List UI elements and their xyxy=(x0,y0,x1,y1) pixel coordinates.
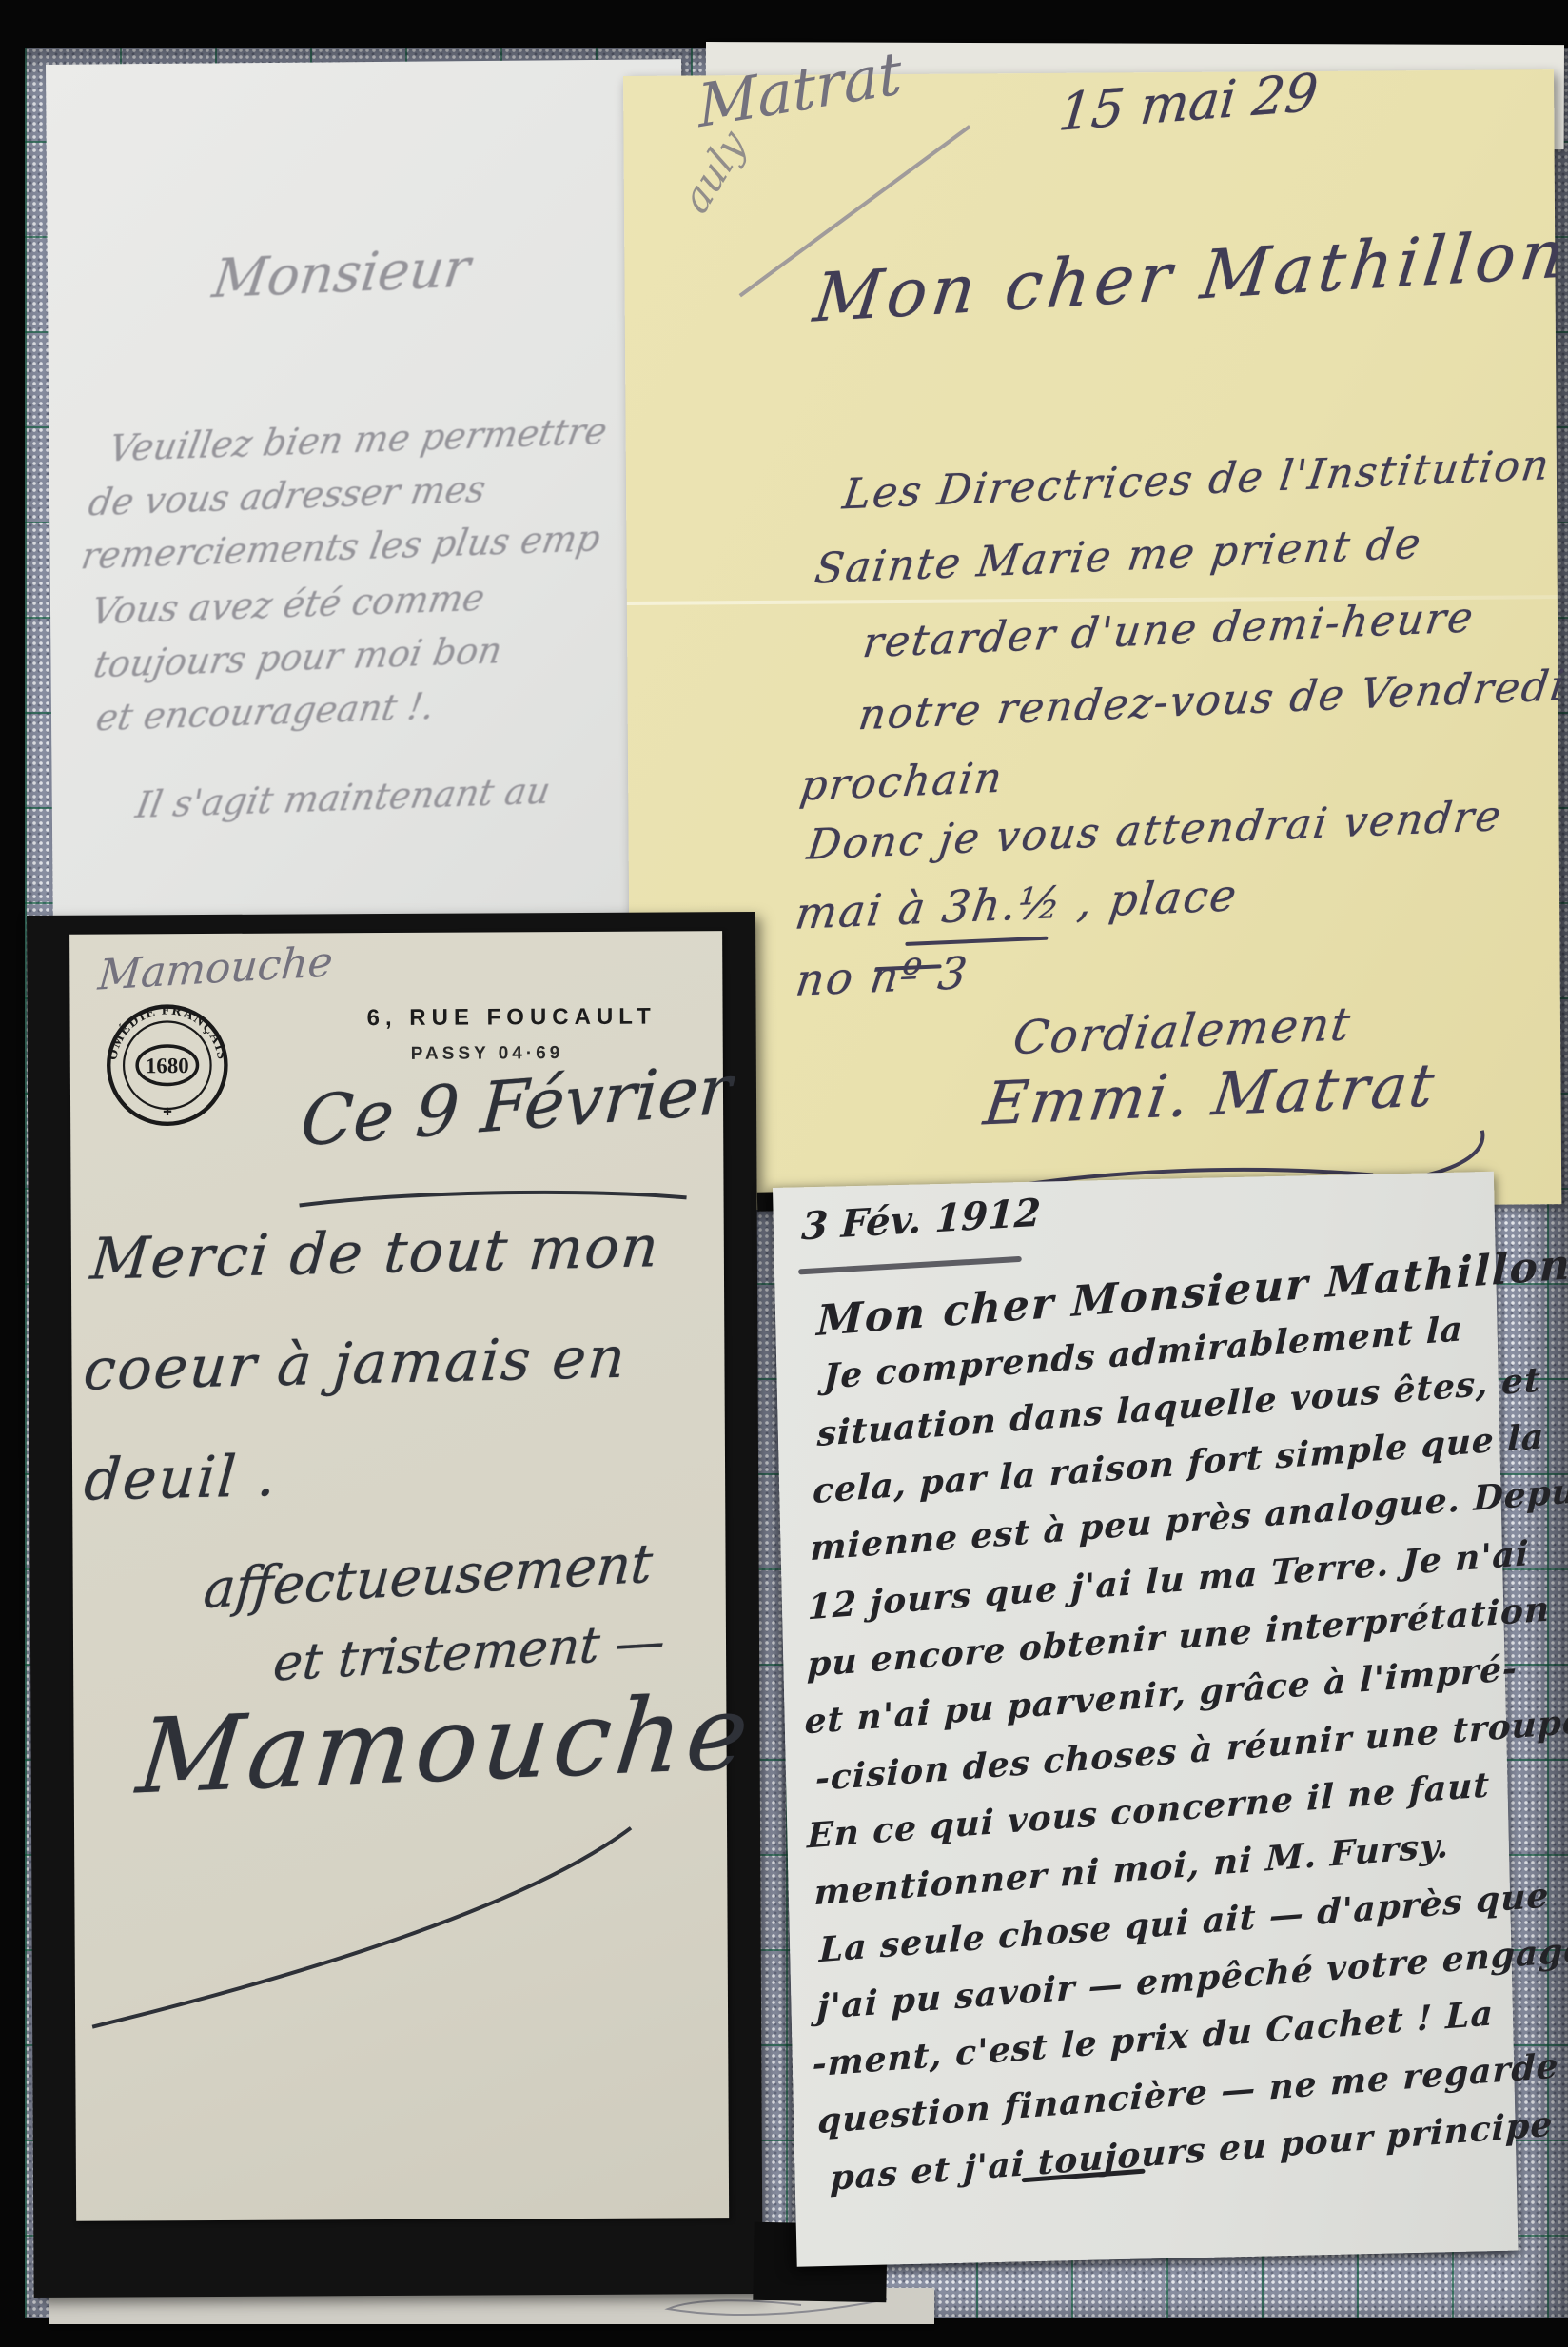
handwriting-line: Merci de tout mon xyxy=(88,1218,662,1289)
letterhead-phone: PASSY 04·69 xyxy=(411,1044,564,1063)
handwriting-line: Il s'agit maintenant au xyxy=(133,773,553,823)
signature: Mamouche xyxy=(133,1682,757,1809)
handwriting-line: deuil . xyxy=(82,1448,280,1509)
handwriting-line: de vous adresser mes xyxy=(86,471,488,522)
letterhead-address: 6, RUE FOUCAULT xyxy=(367,1006,657,1031)
handwriting-line: toujours pour moi bon xyxy=(91,632,505,682)
date-line: Ce 9 Février xyxy=(299,1055,733,1156)
letter-matrat: Matrat auly 15 mai 29 Mon cher Mathillon… xyxy=(623,69,1561,1211)
handwriting-line: remerciements les plus emp xyxy=(79,520,603,574)
handwriting-line: mai à 3h.½ , place xyxy=(793,873,1241,936)
date: 15 mai 29 xyxy=(1056,67,1320,138)
letter-comedie-francaise: Mamouche COMÉDIE FRANÇAISE 1680 ✚ 6, RUE… xyxy=(69,931,729,2221)
stamp-cross-mark: ✚ xyxy=(163,1107,172,1118)
letter-monsieur: Monsieur Veuillez bien me permettre de v… xyxy=(46,59,689,921)
letter-1912: 3 Fév. 1912 Mon cher Monsieur Mathillon … xyxy=(773,1172,1519,2267)
underline-stroke xyxy=(905,937,1048,946)
handwriting-line: prochain xyxy=(797,758,1006,808)
comedie-francaise-stamp: COMÉDIE FRANÇAISE 1680 ✚ xyxy=(104,1002,230,1129)
pencil-annotation: Mamouche xyxy=(96,941,334,996)
salutation: Mon cher Mathillon xyxy=(811,220,1568,332)
handwriting-line: retarder d'une demi-heure xyxy=(860,597,1477,664)
handwriting-line: notre rendez-vous de Vendredi xyxy=(856,665,1568,737)
handwriting-line: Les Directrices de l'Institution xyxy=(840,444,1553,516)
underline-stroke xyxy=(798,1256,1022,1275)
handwriting-line: et encourageant !. xyxy=(93,688,437,737)
pencil-annotation: auly xyxy=(676,124,753,221)
stamp-year: 1680 xyxy=(146,1054,189,1077)
date: 3 Fév. 1912 xyxy=(800,1194,1041,1247)
closing-line: affectueusement xyxy=(202,1538,655,1618)
underline-stroke xyxy=(295,1186,695,1213)
signature: Emmi. Matrat xyxy=(981,1055,1441,1134)
closing: Cordialement xyxy=(1010,1001,1354,1061)
closing-line: et tristement — xyxy=(271,1617,667,1689)
handwriting-line: Sainte Marie me prient de xyxy=(813,523,1425,591)
backing-card: Mamouche COMÉDIE FRANÇAISE 1680 ✚ 6, RUE… xyxy=(27,912,763,2298)
handwriting-line: Veuillez bien me permettre xyxy=(107,413,610,467)
photo-of-letters: Monsieur Veuillez bien me permettre de v… xyxy=(0,0,1568,2347)
handwriting-line: coeur à jamais en xyxy=(82,1330,630,1399)
signature-flourish xyxy=(84,1817,656,2039)
handwriting-line: no nº 3 xyxy=(794,951,971,1002)
handwriting-line: Donc je vous attendrai vendre xyxy=(805,796,1505,867)
handwriting-line: Vous avez été comme xyxy=(88,580,487,630)
salutation: Monsieur xyxy=(209,242,473,306)
